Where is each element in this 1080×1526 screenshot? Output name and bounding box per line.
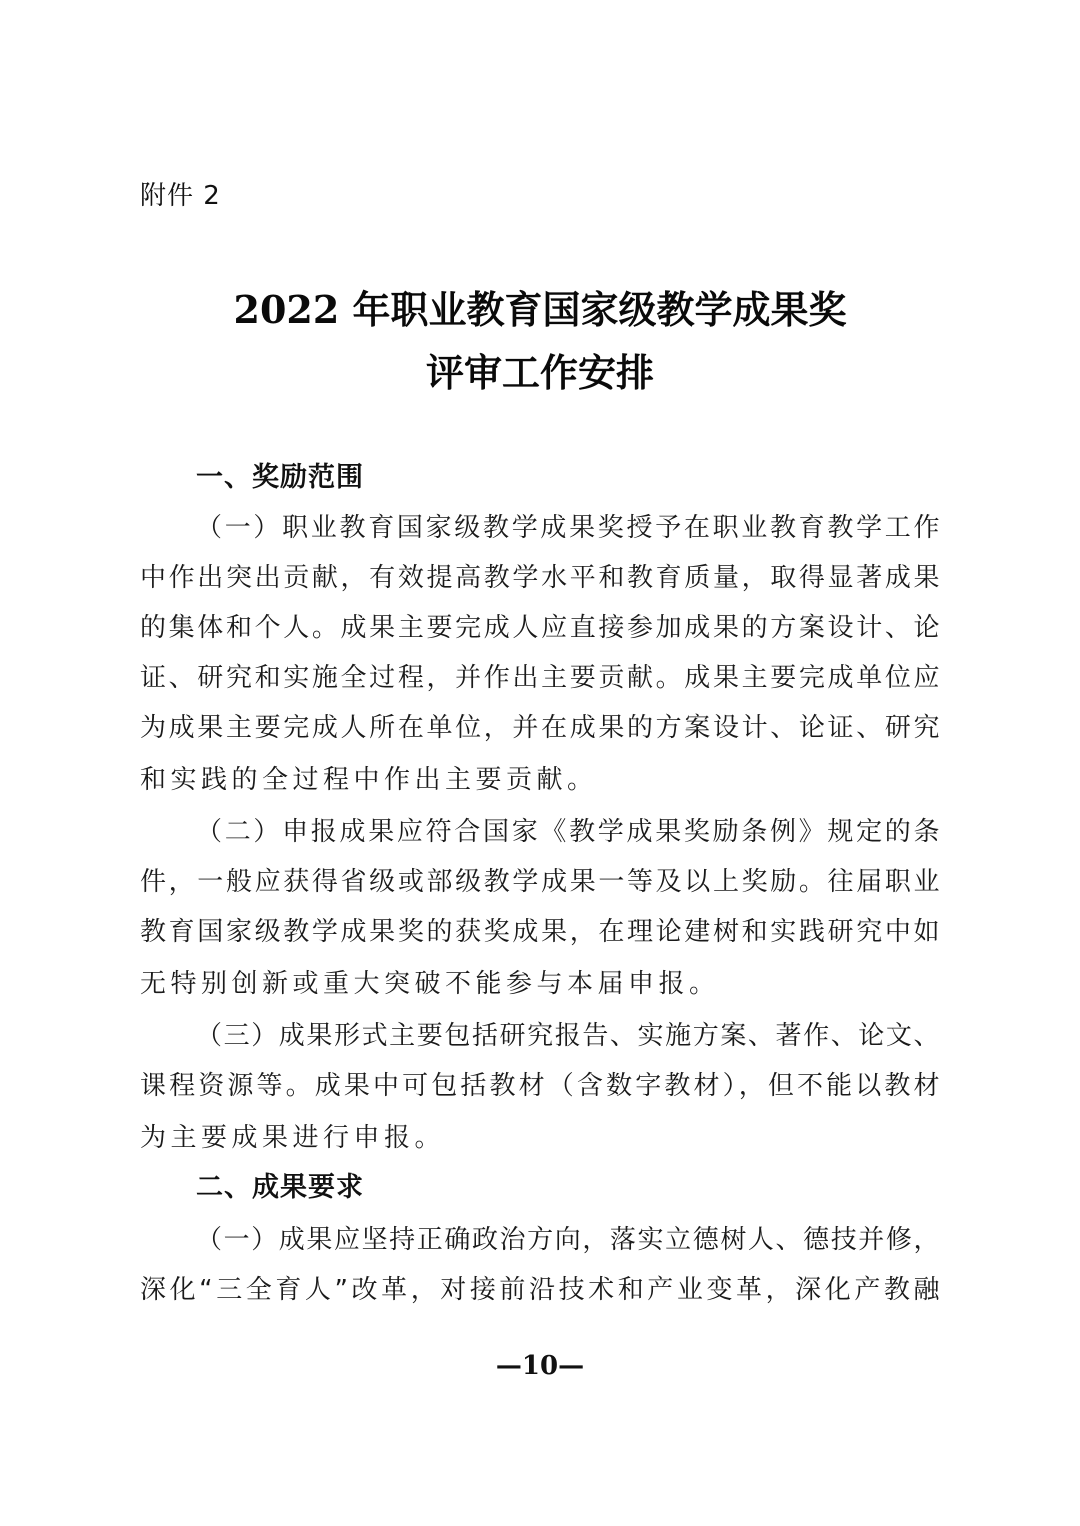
- attachment-label: 附件 2: [140, 176, 221, 216]
- page-number: —10—: [0, 1348, 1080, 1384]
- paragraph-line: （二）申报成果应符合国家《教学成果奖励条例》规定的条: [196, 812, 940, 852]
- section-heading-award-scope: 一、奖励范围: [196, 458, 364, 498]
- paragraph-line: 课程资源等。成果中可包括教材（含数字教材），但不能以教材: [140, 1066, 940, 1106]
- paragraph-line: 中作出突出贡献，有效提高教学水平和教育质量，取得显著成果: [140, 558, 940, 598]
- paragraph-line: 教育国家级教学成果奖的获奖成果，在理论建树和实践研究中如: [140, 912, 940, 952]
- section-heading-achievement-requirements: 二、成果要求: [196, 1168, 364, 1208]
- paragraph-line: 为主要成果进行申报。: [140, 1118, 940, 1158]
- paragraph-line: 件，一般应获得省级或部级教学成果一等及以上奖励。往届职业: [140, 862, 940, 902]
- paragraph-line: 无特别创新或重大突破不能参与本届申报。: [140, 964, 940, 1004]
- paragraph-line: （一）职业教育国家级教学成果奖授予在职业教育教学工作: [196, 508, 940, 548]
- document-title-line-1: 2022 年职业教育国家级教学成果奖: [0, 282, 1080, 338]
- paragraph-line: 证、研究和实施全过程，并作出主要贡献。成果主要完成单位应: [140, 658, 940, 698]
- document-title-line-2: 评审工作安排: [0, 345, 1080, 401]
- paragraph-line: 深化“三全育人”改革，对接前沿技术和产业变革，深化产教融: [140, 1270, 940, 1310]
- paragraph-line: 的集体和个人。成果主要完成人应直接参加成果的方案设计、论: [140, 608, 940, 648]
- paragraph-line: （一）成果应坚持正确政治方向，落实立德树人、德技并修，: [196, 1220, 940, 1260]
- paragraph-line: 为成果主要完成人所在单位，并在成果的方案设计、论证、研究: [140, 708, 940, 748]
- paragraph-line: 和实践的全过程中作出主要贡献。: [140, 760, 940, 800]
- paragraph-line: （三）成果形式主要包括研究报告、实施方案、著作、论文、: [196, 1016, 940, 1056]
